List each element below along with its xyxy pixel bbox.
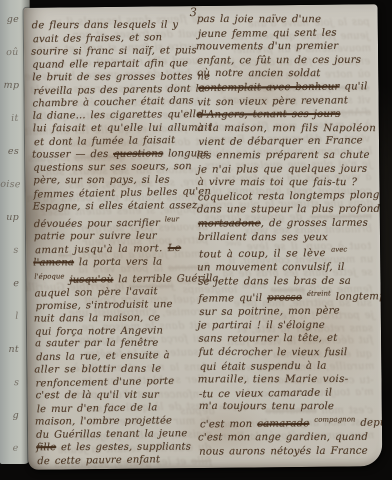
handwritten-line: muraille, tiens Marie vois- xyxy=(198,373,378,387)
margin-text-fragment: g xyxy=(0,410,22,443)
handwritten-line: brillaient dans ses yeux xyxy=(198,231,378,245)
handwritten-line: fille et les gestes, suppliants xyxy=(36,441,206,455)
handwritten-line: d'Angers, tenant ses jours xyxy=(197,108,377,123)
handwritten-line: Espagne, si elles étaient assez xyxy=(33,200,203,214)
margin-text-fragment: up xyxy=(0,212,22,245)
handwritten-line: pas la joie naïve d'une xyxy=(197,13,377,27)
handwritten-line: questions sur ses soeurs, son xyxy=(33,161,203,176)
left-text-column: de fleurs dans lesquels il yavait des fr… xyxy=(32,19,207,468)
margin-text-fragment: e xyxy=(0,443,23,477)
handwritten-line: nous aurons nétoyés la France xyxy=(199,444,379,459)
handwritten-line: où notre ancien soldat xyxy=(197,67,377,81)
handwritten-line: sans retourner la tête, et xyxy=(198,332,378,347)
margin-text-fragment: it xyxy=(0,113,23,147)
handwritten-line: tout à coup, il se lève avec xyxy=(199,243,379,262)
margin-text-fragment: oû xyxy=(0,47,23,81)
margin-text-fragment: oise xyxy=(0,179,22,213)
handwritten-line: tousser — des questions longues xyxy=(32,148,202,162)
handwritten-line: c'est mon camarade compagnon depuis xyxy=(200,413,380,432)
handwritten-line: sur sa poitrine, mon père xyxy=(199,304,379,319)
margin-text-fragment: ge xyxy=(0,14,22,47)
right-text-column: pas la joie naïve d'unejeune femme qui s… xyxy=(197,13,379,459)
handwritten-line: fut décrocher le vieux fusil xyxy=(199,346,379,360)
handwritten-line: qui était suspendu à la xyxy=(200,359,380,374)
manuscript-page: pas la joie naïve d'unejeune femme qui s… xyxy=(24,4,383,470)
handwritten-line: sourire si franc si naïf, et puis xyxy=(31,45,201,59)
margin-text-fragment: s xyxy=(0,377,22,411)
handwritten-line: l'amena la porta vers la xyxy=(33,256,203,270)
adjacent-page-text-fragments: geoûmpitesoiseupselntsge xyxy=(0,14,22,476)
handwritten-line: un mouvement convulsif, il xyxy=(197,261,377,275)
handwritten-line: jeune femme qui sent les xyxy=(198,26,378,41)
handwritten-line: vit son vieux père revenant xyxy=(197,93,377,109)
handwritten-line: je partirai ! il s'éloigne xyxy=(197,319,377,333)
handwritten-line: maison, l'ombre projettée xyxy=(35,415,205,429)
margin-text-fragment: e xyxy=(0,278,22,312)
handwritten-line: vient de débarquer en France xyxy=(198,135,378,150)
margin-text-fragment: mp xyxy=(0,80,22,114)
handwritten-line: c'est mon ange gardien, quand xyxy=(198,431,378,445)
handwritten-line: les ennemis préparent sa chute xyxy=(197,149,377,163)
manuscript-scan: geoûmpitesoiseupselntsge pas la joie naï… xyxy=(0,0,392,480)
handwritten-line: quand elle repartait afin que xyxy=(32,58,202,73)
handwritten-line: dans une stupeur la plus profonde xyxy=(197,203,377,217)
margin-text-fragment: es xyxy=(0,146,22,179)
margin-text-fragment: nt xyxy=(0,344,22,377)
handwritten-line: mortsadone, de grosses larmes xyxy=(198,217,378,232)
handwritten-line: m'a toujours tenu parole xyxy=(199,400,379,414)
handwritten-line: enfant, ce fût un de ces jours xyxy=(197,53,377,68)
handwritten-line: je n'ai plus que quelques jours xyxy=(198,162,378,177)
handwritten-line: l'époque jusqu'où la terrible Guérilla xyxy=(34,269,204,288)
handwritten-line: de cette pauvre enfant xyxy=(37,453,207,469)
handwritten-line: à vivre mais toi que fais-tu ? xyxy=(198,176,378,190)
margin-text-fragment: l xyxy=(0,311,23,345)
handwritten-line: dévouées pour sacrifier leur xyxy=(34,213,204,232)
margin-text-fragment: s xyxy=(0,245,23,279)
handwritten-line: le bruit de ses grosses bottes ne xyxy=(32,71,202,85)
handwritten-line: nuit dans la maison, ce xyxy=(34,312,204,326)
handwritten-line: du Guérillas tenant la jeune xyxy=(36,428,206,443)
handwritten-line: mouvements d'un premier xyxy=(196,40,376,54)
